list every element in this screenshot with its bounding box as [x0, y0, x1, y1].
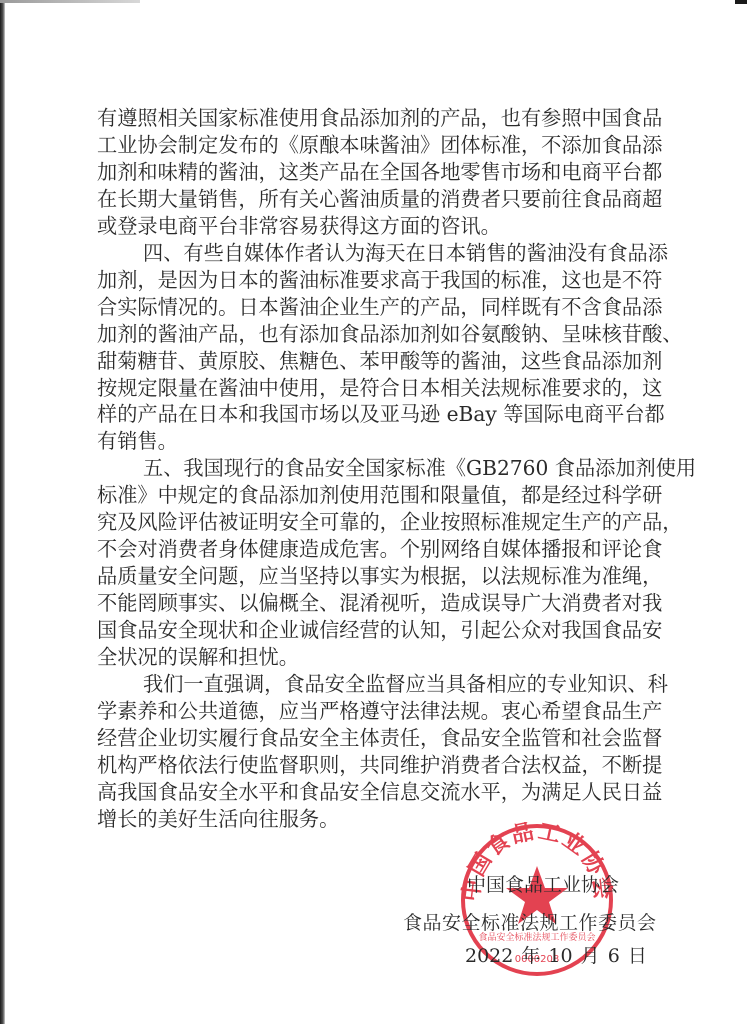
body-text-line: 学素养和公共道德，应当严格遵守法律法规。衷心希望食品生产	[97, 699, 645, 723]
body-text-line: 标准》中规定的食品添加剂使用范围和限量值，都是经过科学研	[97, 483, 645, 507]
body-text-line: 全状况的误解和担忧。	[97, 645, 645, 669]
body-text-line: 工业协会制定发布的《原酿本味酱油》团体标准，不添加食品添	[97, 133, 645, 157]
body-text-line: 不能罔顾事实、以偏概全、混淆视听，造成误导广大消费者对我	[97, 591, 645, 615]
body-text-line: 甜菊糖苷、黄原胶、焦糖色、苯甲酸等的酱油，这些食品添加剂	[97, 349, 645, 373]
body-text-line: 加剂和味精的酱油，这类产品在全国各地零售市场和电商平台都	[97, 160, 645, 184]
body-text-line: 经营企业切实履行食品安全主体责任，食品安全监管和社会监督	[97, 726, 645, 750]
body-text-line: 品质量安全问题，应当坚持以事实为根据，以法规标准为准绳，	[97, 564, 645, 588]
body-text-line: 高我国食品安全水平和食品安全信息交流水平，为满足人民日益	[97, 780, 645, 804]
body-text-line: 或登录电商平台非常容易获得这方面的咨讯。	[97, 214, 645, 238]
body-text-line: 机构严格依法行使监督职则，共同维护消费者合法权益，不断提	[97, 753, 645, 777]
body-text-line: 四、有些自媒体作者认为海天在日本销售的酱油没有食品添	[143, 241, 645, 265]
body-text-line: 有销售。	[97, 429, 645, 453]
body-text-line: 五、我国现行的食品安全国家标准《GB2760 食品添加剂使用	[143, 456, 645, 480]
signature-date: 2022 年 10 月 6 日	[465, 945, 613, 967]
signature-committee: 食品安全标准法规工作委员会	[403, 912, 656, 934]
body-text-line: 国食品安全现状和企业诚信经营的认知，引起公众对我国食品安	[97, 618, 645, 642]
document-page: 有遵照相关国家标准使用食品添加剂的产品，也有参照中国食品工业协会制定发布的《原酿…	[0, 0, 747, 1024]
body-text-line: 按规定限量在酱油中使用，是符合日本相关法规标准要求的，这	[97, 376, 645, 400]
body-text-line: 加剂，是因为日本的酱油标准要求高于我国的标准，这也是不符	[97, 268, 645, 292]
body-text-line: 在长期大量销售，所有关心酱油质量的消费者只要前往食品商超	[97, 187, 645, 211]
body-text-line: 不会对消费者身体健康造成危害。个别网络自媒体播报和评论食	[97, 537, 645, 561]
signature-organization: 中国食品工业协会	[467, 874, 613, 896]
body-text-line: 加剂的酱油产品，也有添加食品添加剂如谷氨酸钠、呈味核苷酸、	[97, 322, 645, 346]
body-text-line: 究及风险评估被证明安全可靠的，企业按照标准规定生产的产品，	[97, 510, 645, 534]
body-text-line: 合实际情况的。日本酱油企业生产的产品，同样既有不含食品添	[97, 295, 645, 319]
body-text-line: 样的产品在日本和我国市场以及亚马逊 eBay 等国际电商平台都	[97, 402, 645, 426]
body-text-line: 我们一直强调，食品安全监督应当具备相应的专业知识、科	[143, 672, 645, 696]
body-text-line: 有遵照相关国家标准使用食品添加剂的产品，也有参照中国食品	[97, 106, 645, 130]
